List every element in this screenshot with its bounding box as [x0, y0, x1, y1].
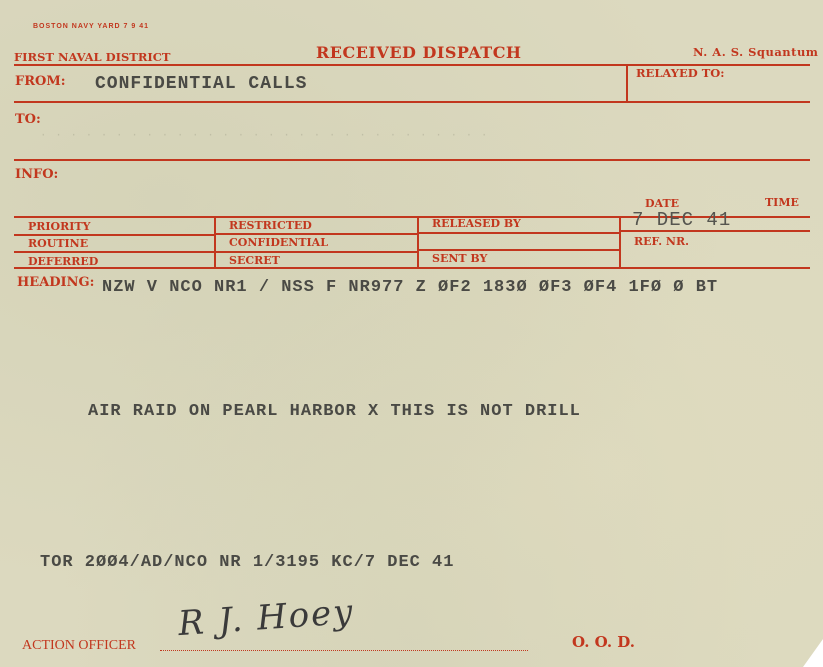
relayed-to-label: RELAYED TO: [636, 66, 725, 80]
printer-mark: BOSTON NAVY YARD 7 9 41 [33, 23, 149, 30]
table-divider-1 [214, 216, 216, 269]
row-line [419, 249, 619, 251]
released-by-label: RELEASED BY [432, 217, 521, 230]
relayed-divider [626, 64, 628, 102]
precedence-routine[interactable]: ROUTINE [28, 237, 88, 250]
divider-from [14, 101, 810, 103]
district-label: FIRST NAVAL DISTRICT [14, 50, 170, 64]
classification-confidential[interactable]: CONFIDENTIAL [229, 236, 328, 249]
info-label: INFO: [15, 167, 58, 182]
to-label: TO: [15, 112, 41, 127]
action-officer-line[interactable] [160, 650, 528, 651]
heading-value[interactable]: NZW V NCO NR1 / NSS F NR977 Z ØF2 183Ø Ø… [102, 278, 718, 297]
row-line [419, 232, 619, 234]
table-divider-2 [417, 216, 419, 269]
torn-corner [803, 639, 823, 667]
row-line [14, 234, 214, 236]
classification-secret[interactable]: SECRET [229, 254, 280, 267]
ref-nr-label: REF. NR. [634, 235, 689, 248]
info-value[interactable] [70, 167, 610, 207]
from-value[interactable]: CONFIDENTIAL CALLS [95, 74, 307, 94]
to-value[interactable] [60, 112, 800, 152]
station-label: N. A. S. Squantum [693, 45, 818, 59]
tor-line[interactable]: TOR 2ØØ4/AD/NCO NR 1/3195 KC/7 DEC 41 [40, 553, 454, 572]
date-value[interactable]: 7 DEC 41 [632, 209, 731, 231]
row-line [216, 233, 417, 235]
signature: R J. Hoey [177, 592, 356, 644]
ref-nr-value[interactable] [700, 235, 800, 255]
form-title: RECEIVED DISPATCH [316, 43, 522, 62]
classification-restricted[interactable]: RESTRICTED [229, 219, 312, 232]
divider-to [14, 159, 810, 161]
table-divider-3 [619, 216, 621, 269]
time-label: TIME [765, 196, 799, 209]
heading-label: HEADING: [17, 275, 94, 290]
action-officer-label: ACTION OFFICER [22, 638, 136, 654]
sent-by-label: SENT BY [432, 252, 487, 265]
precedence-priority[interactable]: PRIORITY [28, 220, 90, 233]
ood-label: O. O. D. [572, 633, 635, 651]
from-label: FROM: [15, 74, 66, 89]
message-body[interactable]: AIR RAID ON PEARL HARBOR X THIS IS NOT D… [88, 402, 581, 421]
row-line [14, 251, 214, 253]
row-line [216, 251, 417, 253]
relayed-to-value[interactable] [720, 66, 805, 96]
table-bottom-line [14, 267, 810, 269]
